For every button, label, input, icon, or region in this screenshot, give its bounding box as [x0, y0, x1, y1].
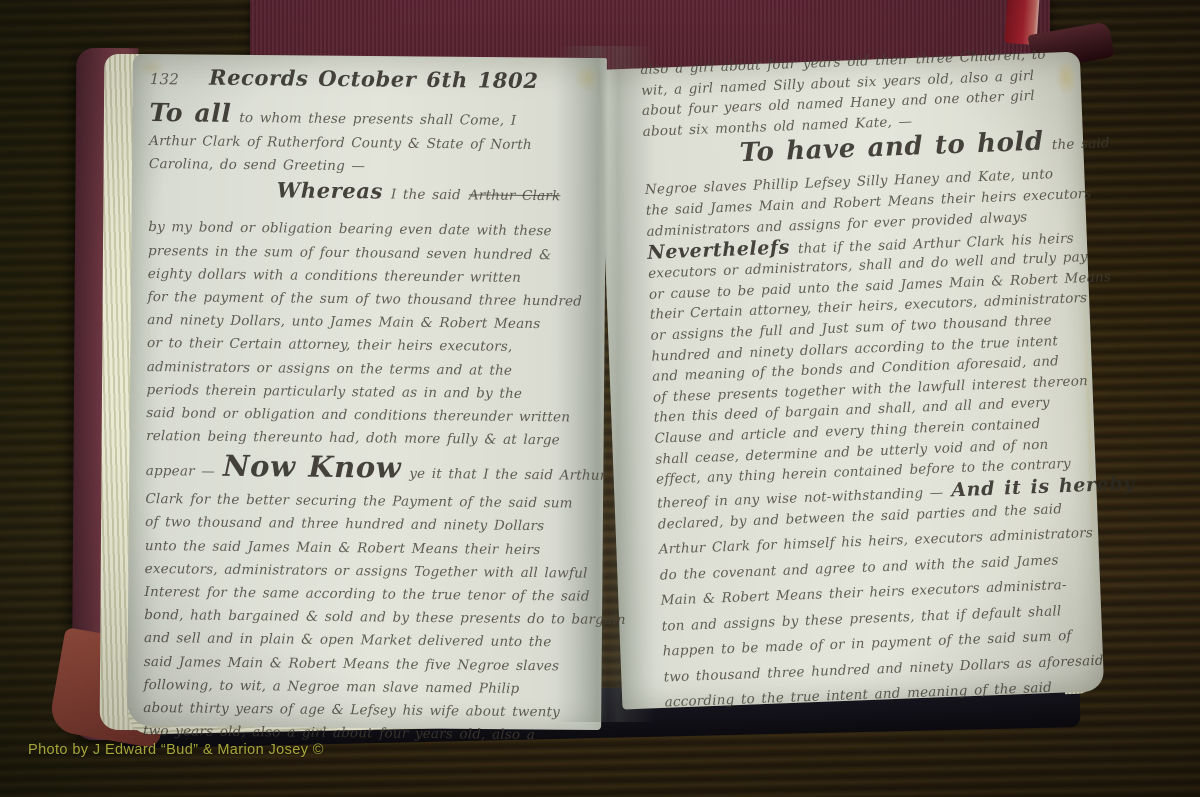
right-page-manuscript: also a girl about four years old their t…	[640, 43, 1105, 716]
appear-text: appear —	[146, 463, 215, 480]
salutation-text: to whom these presents shall Come, I	[239, 110, 516, 129]
whereas-heading: Whereas	[277, 178, 384, 204]
body-block-1: by my bond or obligation bearing even da…	[146, 216, 596, 453]
body-block-4: declared, by and between the said partie…	[657, 495, 1105, 716]
now-know-text: ye it that I the said Arthur	[409, 466, 606, 484]
struck-name: Arthur Clark	[469, 188, 561, 205]
intro-lines: Arthur Clark of Rutherford County & Stat…	[149, 130, 597, 181]
to-have-text: the said	[1052, 135, 1111, 153]
left-page-heading: Records October 6th 1802	[209, 65, 539, 93]
photo-of-record-book: 132 Records October 6th 1802 To all to w…	[0, 0, 1200, 797]
photographer-watermark: Photo by J Edward “Bud” & Marion Josey ©	[28, 742, 324, 758]
now-know-heading: Now Know	[223, 449, 402, 485]
left-page-manuscript: 132 Records October 6th 1802 To all to w…	[143, 64, 598, 748]
page-number: 132	[150, 70, 179, 88]
body-block-2: Clark for the better securing the Paymen…	[143, 488, 594, 748]
whereas-text: I the said	[391, 187, 461, 204]
body-block-3: executors or administrators, shall and d…	[648, 247, 1096, 490]
salutation-heading: To all	[149, 98, 231, 128]
